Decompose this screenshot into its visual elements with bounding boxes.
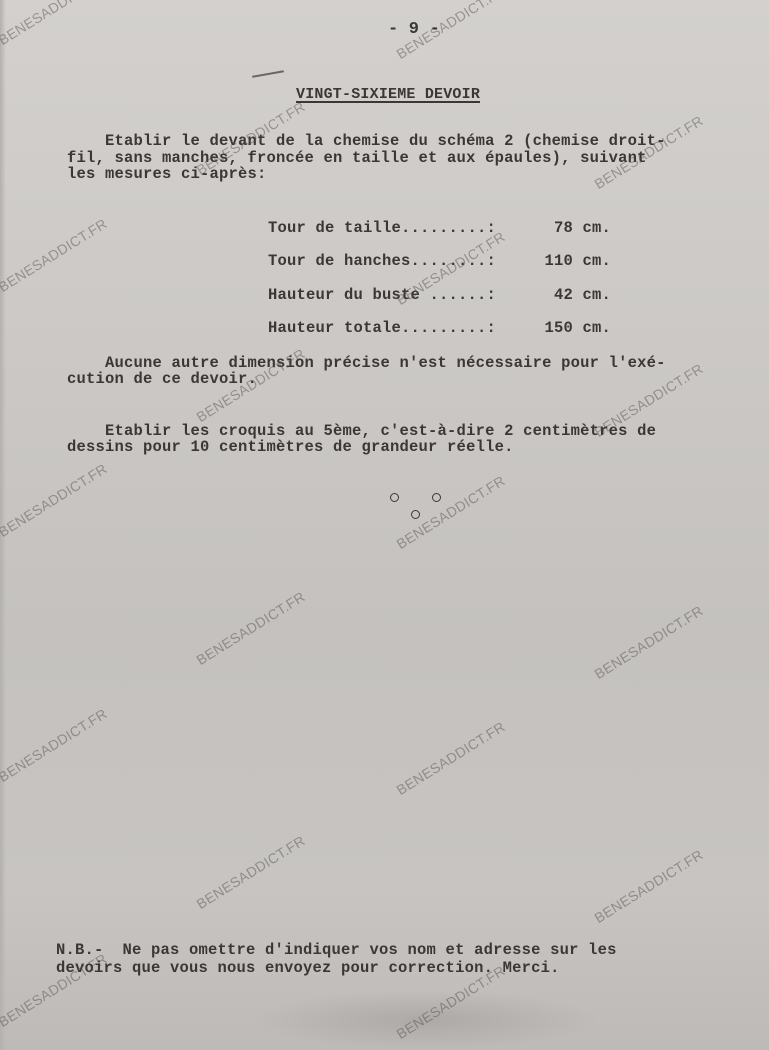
page-title: VINGT-SIXIEME DEVOIR <box>296 86 480 103</box>
watermark-text: BENESADDICT.FR <box>0 460 110 540</box>
intro-line-2: fil, sans manches, froncée en taille et … <box>67 150 647 166</box>
ornament-circle-icon <box>411 510 420 519</box>
watermark-text: BENESADDICT.FR <box>0 705 110 785</box>
measurement-unit: cm. <box>583 286 612 304</box>
intro-line-1: Etablir le devant de la chemise du schém… <box>67 133 666 149</box>
scale-line-1: Etablir les croquis au 5ème, c'est-à-dir… <box>67 423 656 439</box>
measurement-value: 78 <box>533 220 573 237</box>
watermark-text: BENESADDICT.FR <box>194 588 308 668</box>
measurement-row: Hauteur totale.........:150 cm. <box>230 303 611 354</box>
watermark-text: BENESADDICT.FR <box>0 0 110 48</box>
ornament-circle-icon <box>390 493 399 502</box>
measurement-unit: cm. <box>583 219 612 237</box>
watermark-text: BENESADDICT.FR <box>592 846 706 926</box>
measurement-label: Tour de hanches........: <box>268 253 533 270</box>
measurement-value: 42 <box>533 287 573 304</box>
watermark-text: BENESADDICT.FR <box>592 602 706 682</box>
scale-line-2: dessins pour 10 centimètres de grandeur … <box>67 439 514 455</box>
measurement-unit: cm. <box>583 319 612 337</box>
measurement-label: Hauteur totale.........: <box>268 320 533 337</box>
ornament-circle-icon <box>432 493 441 502</box>
watermark-text: BENESADDICT.FR <box>394 718 508 798</box>
measurement-value: 110 <box>533 253 573 270</box>
watermark-text: BENESADDICT.FR <box>0 215 110 295</box>
document-page: - 9 - VINGT-SIXIEME DEVOIR Etablir le de… <box>0 0 769 1050</box>
watermark-text: BENESADDICT.FR <box>0 950 110 1030</box>
note-line-2: cution de ce devoir. <box>67 371 257 387</box>
intro-line-3: les mesures ci-après: <box>67 166 267 182</box>
measurement-value: 150 <box>533 320 573 337</box>
measurement-unit: cm. <box>583 252 612 270</box>
footer-note-line-1: N.B.- Ne pas omettre d'indiquer vos nom … <box>56 942 617 959</box>
watermark-text: BENESADDICT.FR <box>194 832 308 912</box>
note-line-1: Aucune autre dimension précise n'est néc… <box>67 355 666 371</box>
pencil-mark <box>252 70 284 78</box>
